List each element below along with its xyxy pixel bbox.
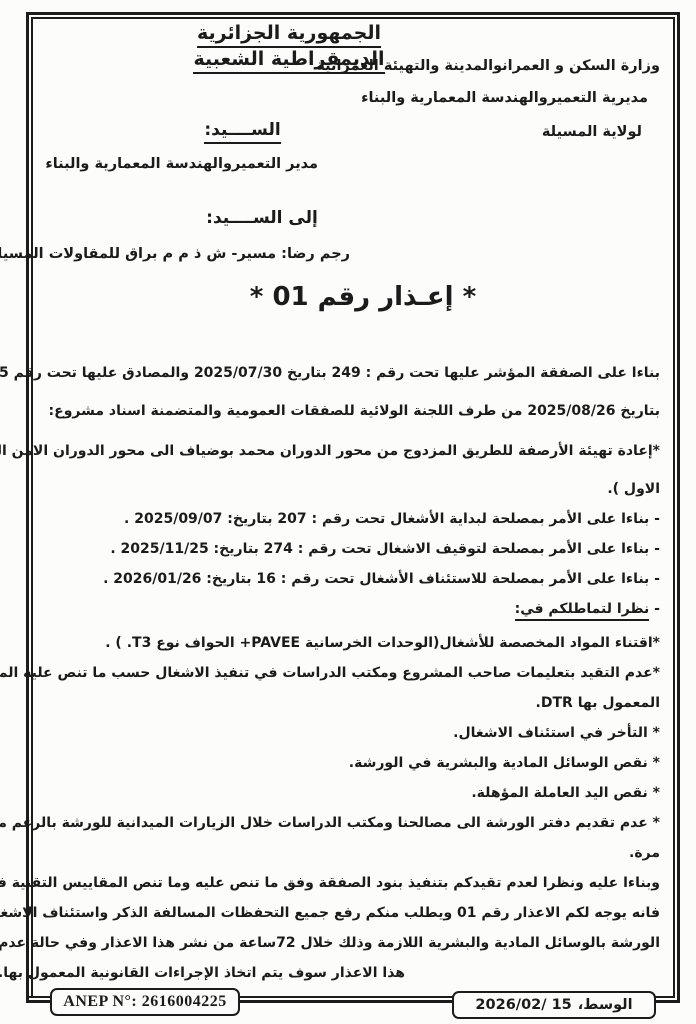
body-line: - نظرا لتماطلكم في: <box>38 594 660 624</box>
notice-title: * إعـذار رقم 01 * <box>228 282 498 312</box>
body-line-text: بتاريخ 2025/08/26 من طرف اللجنة الولائية… <box>49 403 660 419</box>
body-line-text: - بناءا على الأمر بمصلحة للاستئناف الأشغ… <box>103 571 660 587</box>
body-line-text: * نقص الوسائل المادية والبشرية في الورشة… <box>349 755 660 771</box>
body-line: الورشة بالوسائل المادية والبشرية اللازمة… <box>38 928 660 958</box>
body-line-text: * نقص اليد العاملة المؤهلة. <box>471 785 660 801</box>
body-line: هذا الاعذار سوف يتم اتخاذ الإجراءات القا… <box>38 958 660 988</box>
document-page: الجمهورية الجزائرية الديمقراطية الشعبية … <box>0 0 696 1024</box>
body-line-text: *عدم التقيد بتعليمات صاحب المشروع ومكتب … <box>0 665 660 681</box>
body-line-prefix: - <box>649 601 660 617</box>
body-line: * نقص الوسائل المادية والبشرية في الورشة… <box>38 748 660 778</box>
journal-name: الوسط، <box>578 997 633 1013</box>
body-line-text: بناءا على الصفقة المؤشر عليها تحت رقم : … <box>0 365 660 381</box>
to-value: رجم رضا: مسير- ش ذ م م براق للمقاولات ال… <box>30 246 350 262</box>
body-line-text: المعمول بها DTR. <box>536 695 660 711</box>
body-line: *إعادة تهيئة الأرصفة للطريق المزدوج من م… <box>38 436 660 466</box>
body-line-text: نظرا لتماطلكم في: <box>515 601 650 621</box>
body-line: بتاريخ 2025/08/26 من طرف اللجنة الولائية… <box>38 396 660 426</box>
body-line-text: هذا الاعذار سوف يتم اتخاذ الإجراءات القا… <box>0 965 405 981</box>
body-line-text: - بناءا على الأمر بمصلحة لتوقيف الاشغال … <box>110 541 660 557</box>
body-line-text: الاول ). <box>607 481 660 497</box>
body-line: الاول ). <box>38 474 660 504</box>
body-line-text: *اقتناء المواد المخصصة للأشغال(الوحدات ا… <box>105 635 660 651</box>
body-line: المعمول بها DTR. <box>38 688 660 718</box>
body-line-text: * عدم تقديم دفتر الورشة الى مصالحنا ومكت… <box>0 815 660 831</box>
body-line: *اقتناء المواد المخصصة للأشغال(الوحدات ا… <box>38 628 660 658</box>
body-line-text: وبناءا عليه ونظرا لعدم تقيدكم بتنفيذ بنو… <box>0 875 660 891</box>
anep-stamp: ANEP N°: 2616004225 <box>50 988 240 1016</box>
body-line-text: مرة. <box>629 845 660 861</box>
body-lines: بناءا على الصفقة المؤشر عليها تحت رقم : … <box>38 358 660 988</box>
body-line: * عدم تقديم دفتر الورشة الى مصالحنا ومكت… <box>38 808 660 838</box>
body-line-text: - بناءا على الأمر بمصلحة لبداية الأشغال … <box>124 511 660 527</box>
publish-date: 2026/02/ 15 <box>475 997 571 1013</box>
from-value: مدير التعميروالهندسة المعمارية والبناء <box>60 156 318 172</box>
body-line-text: فانه يوجه لكم الاعذار رقم 01 ويطلب منكم … <box>0 905 660 921</box>
body-line: وبناءا عليه ونظرا لعدم تقيدكم بتنفيذ بنو… <box>38 868 660 898</box>
ministry-line: وزارة السكن و العمرانوالمدينة والتهيئة ا… <box>316 56 660 76</box>
body-line: مرة. <box>38 838 660 868</box>
to-label: إلى الســــيد: <box>186 208 338 228</box>
body-line-text: *إعادة تهيئة الأرصفة للطريق المزدوج من م… <box>0 443 660 459</box>
wilaya-line: لولاية المسيلة <box>542 122 642 142</box>
body-line: - بناءا على الأمر بمصلحة لتوقيف الاشغال … <box>38 534 660 564</box>
body-line: فانه يوجه لكم الاعذار رقم 01 ويطلب منكم … <box>38 898 660 928</box>
anep-label: ANEP N°: 2616004225 <box>63 993 226 1011</box>
from-label: الســــيد: <box>190 120 295 140</box>
body-line-text: الورشة بالوسائل المادية والبشرية اللازمة… <box>0 935 660 951</box>
body-line-text: * التأخر في استئناف الاشغال. <box>453 725 660 741</box>
body-line: *عدم التقيد بتعليمات صاحب المشروع ومكتب … <box>38 658 660 688</box>
body-line: * التأخر في استئناف الاشغال. <box>38 718 660 748</box>
body-line: * نقص اليد العاملة المؤهلة. <box>38 778 660 808</box>
body-line: - بناءا على الأمر بمصلحة للاستئناف الأشغ… <box>38 564 660 594</box>
body-line: - بناءا على الأمر بمصلحة لبداية الأشغال … <box>38 504 660 534</box>
body-line: بناءا على الصفقة المؤشر عليها تحت رقم : … <box>38 358 660 388</box>
directorate-line: مديرية التعميروالهندسة المعمارية والبناء <box>361 88 648 108</box>
date-stamp: الوسط، 2026/02/ 15 <box>452 991 656 1019</box>
